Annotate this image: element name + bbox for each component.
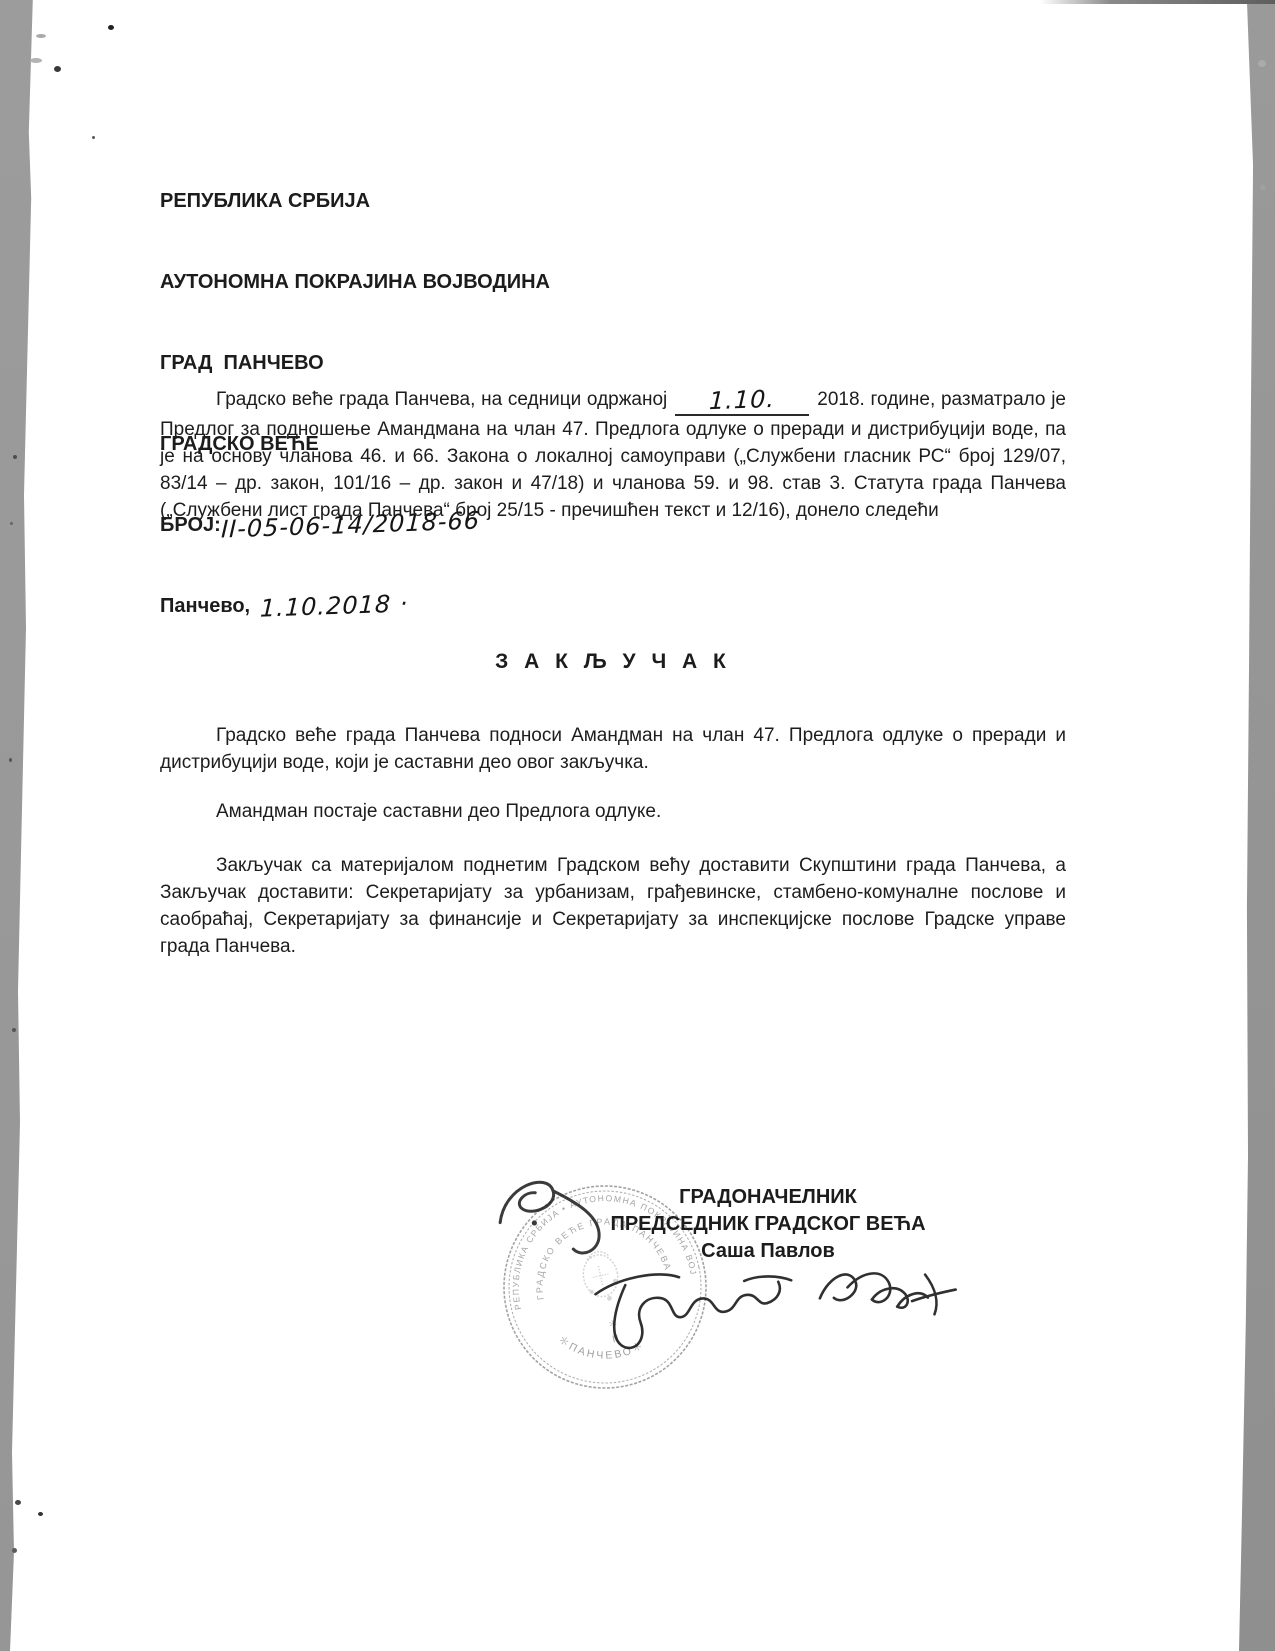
scan-speck bbox=[1260, 185, 1266, 190]
signature-title-mayor: ГРАДОНАЧЕЛНИК bbox=[578, 1184, 958, 1211]
letterhead-republic: РЕПУБЛИКА СРБИЈА bbox=[160, 188, 550, 215]
scan-speck bbox=[12, 1028, 16, 1032]
letterhead-date-row: Панчево,1.10.2018 · bbox=[160, 593, 550, 620]
scan-speck bbox=[13, 455, 17, 459]
scan-speck bbox=[36, 34, 46, 38]
letterhead-province: АУТОНОМНА ПОКРАЈИНА ВОЈВОДИНА bbox=[160, 269, 550, 296]
scan-speck bbox=[9, 758, 12, 762]
scanned-document-page: РЕПУБЛИКА СРБИЈА АУТОНОМНА ПОКРАЈИНА ВОЈ… bbox=[0, 0, 1275, 1651]
place-label: Панчево, bbox=[160, 595, 250, 617]
scan-speck bbox=[38, 1512, 43, 1516]
scan-speck bbox=[10, 522, 13, 525]
signature-title-president: ПРЕДСЕДНИК ГРАДСКОГ ВЕЋА bbox=[578, 1211, 958, 1238]
paragraph-amendment: Градско веће града Панчева подноси Аманд… bbox=[160, 722, 1066, 776]
signature-strokes bbox=[580, 1241, 964, 1364]
scan-speck bbox=[108, 25, 114, 30]
paragraph-distribution: Закључак са материјалом поднетим Градско… bbox=[160, 852, 1066, 960]
paragraph-intro: Градско веће града Панчева, на седници о… bbox=[160, 386, 1066, 524]
session-date-blank: 1.10. bbox=[675, 390, 809, 416]
scan-speck bbox=[30, 58, 42, 63]
scan-speck bbox=[1258, 60, 1266, 67]
letterhead-city: ГРАД ПАНЧЕВО bbox=[160, 350, 550, 377]
handwritten-session-date: 1.10. bbox=[709, 389, 776, 411]
handwritten-signature bbox=[580, 1241, 964, 1364]
paragraph-amendment-part: Амандман постаје саставни део Предлога о… bbox=[160, 798, 1066, 825]
scan-speck bbox=[54, 66, 61, 72]
scan-edge-band-right bbox=[1239, 0, 1275, 1651]
scan-edge-band-top bbox=[1040, 0, 1275, 4]
scan-speck bbox=[92, 136, 95, 139]
document-heading: З А К Љ У Ч А К bbox=[160, 650, 1066, 674]
scan-speck bbox=[15, 1500, 21, 1505]
handwritten-date: 1.10.2018 · bbox=[260, 590, 409, 622]
paragraph-intro-before-date: Градско веће града Панчева, на седници о… bbox=[216, 389, 667, 410]
scan-edge-band-left bbox=[0, 0, 40, 1651]
scan-speck bbox=[12, 1548, 17, 1553]
